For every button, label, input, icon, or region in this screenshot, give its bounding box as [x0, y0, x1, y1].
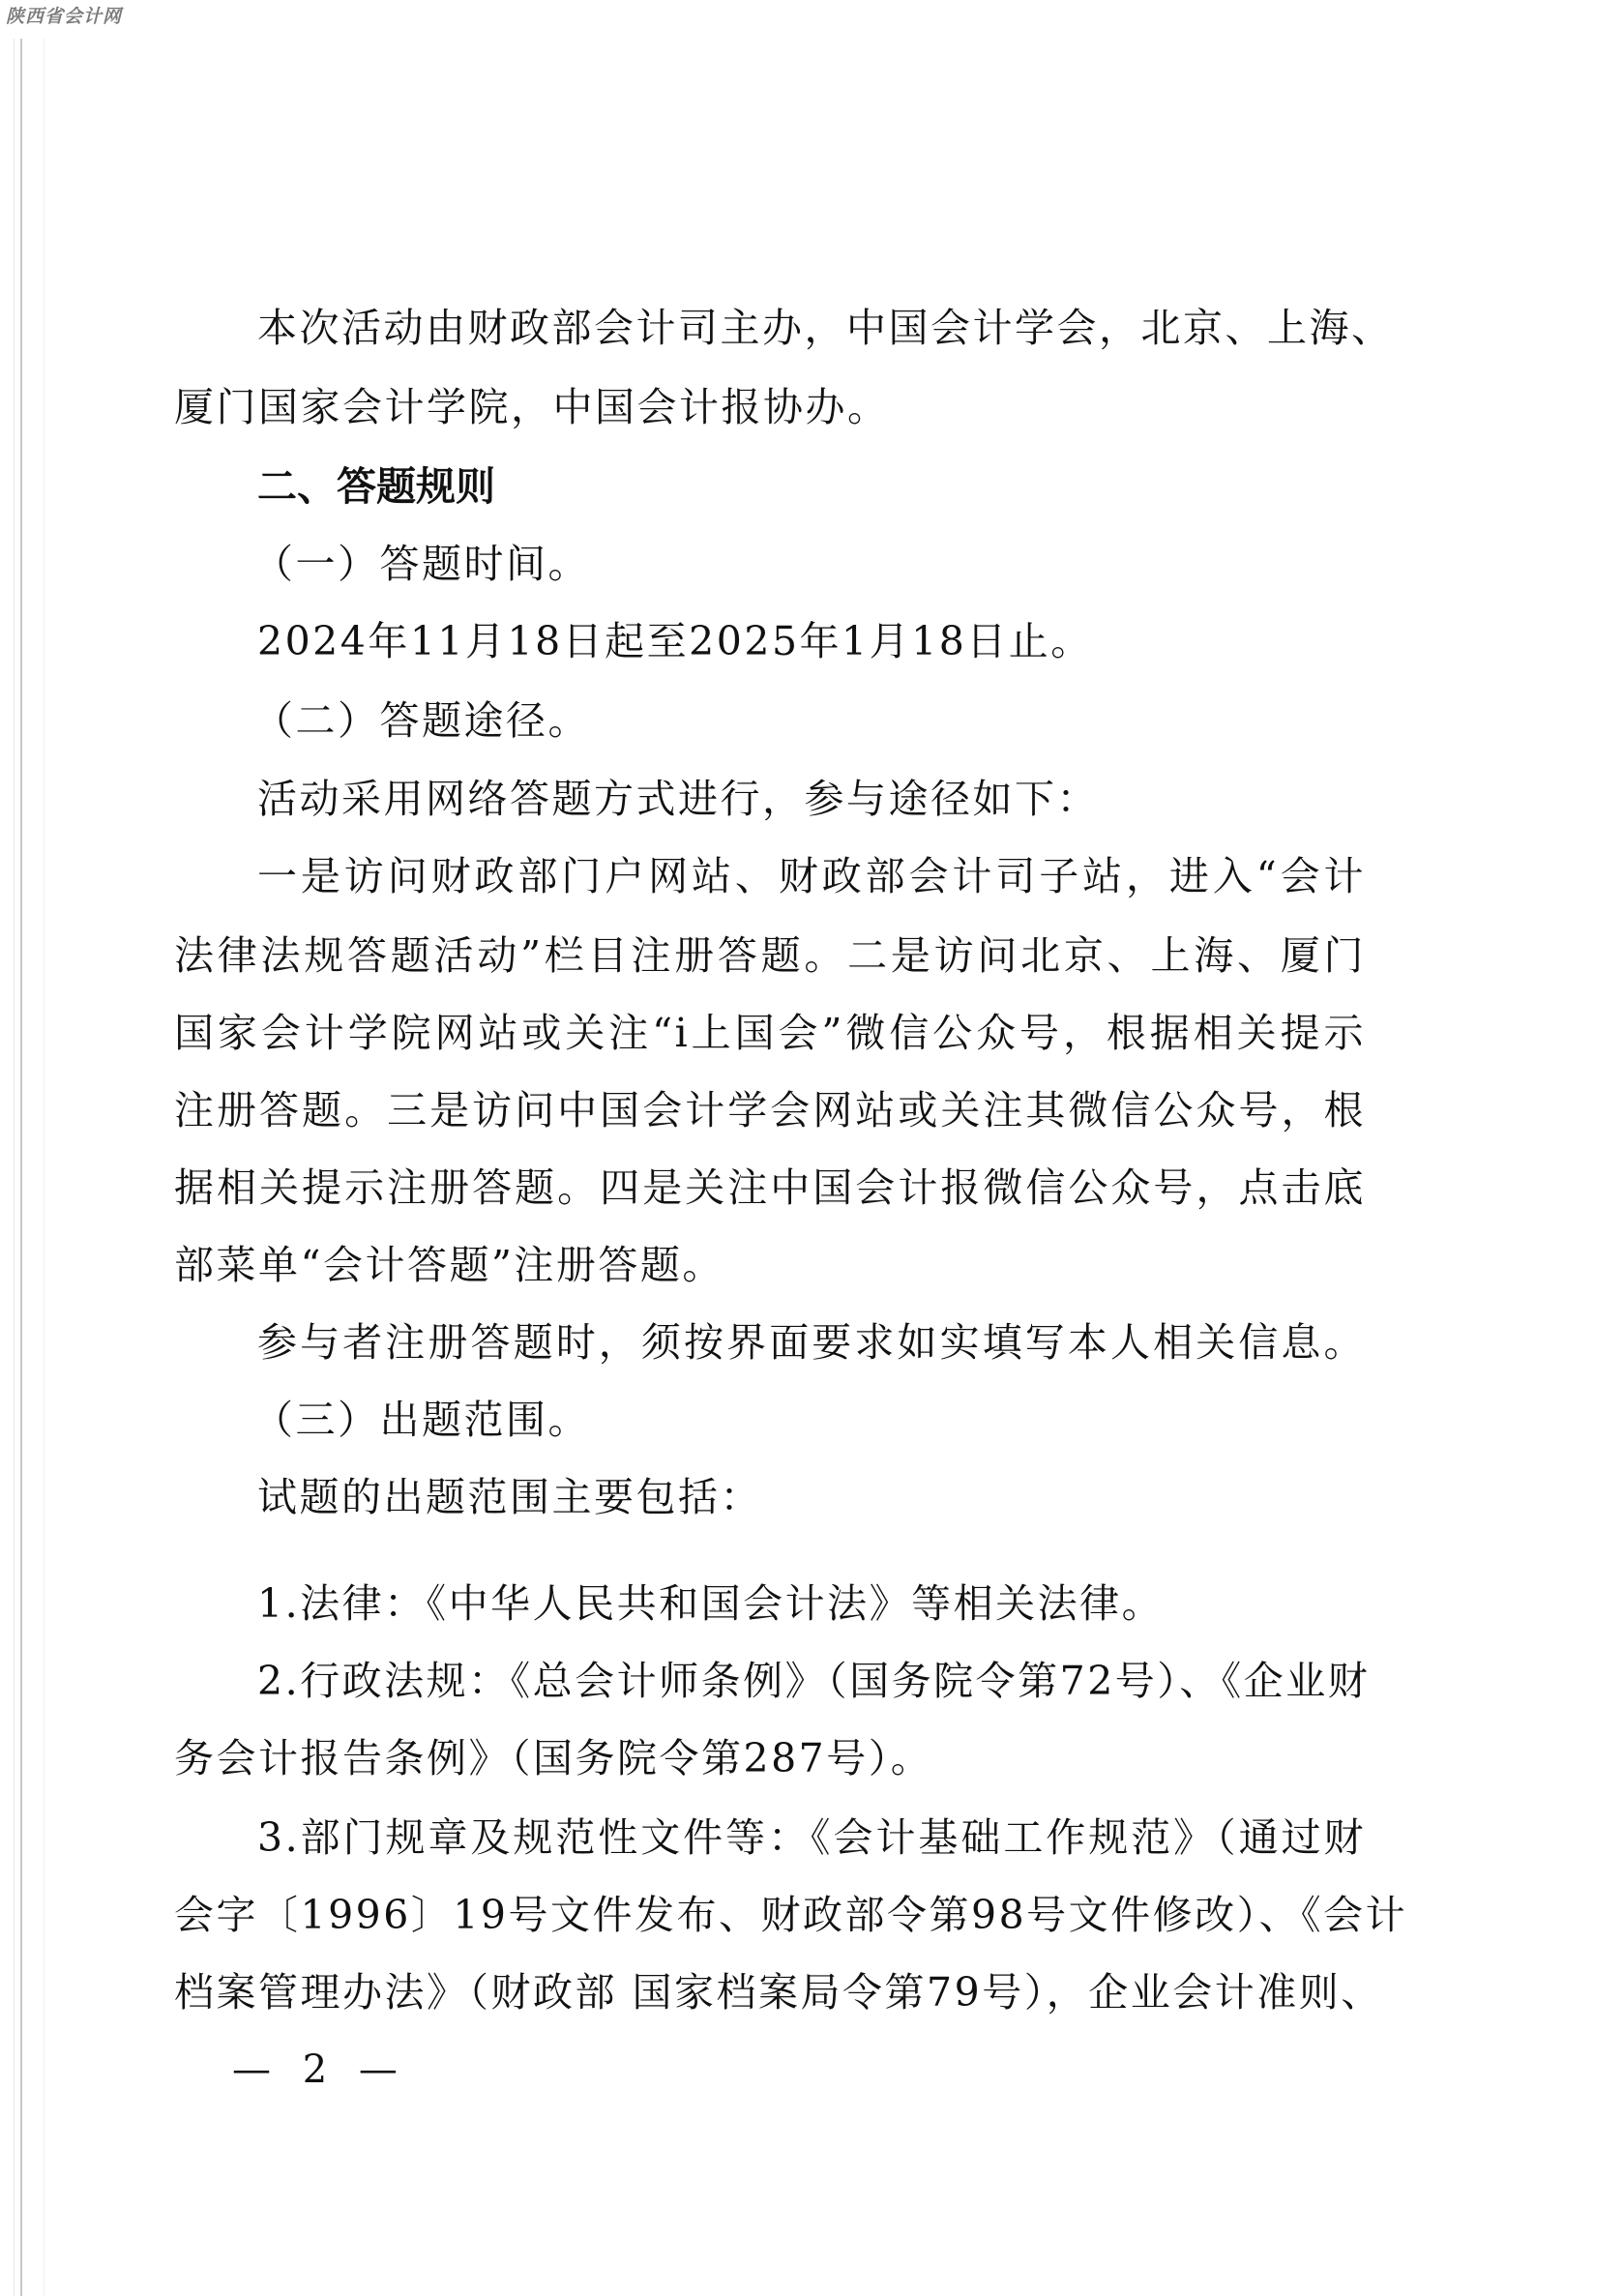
paragraph-line: 厦门国家会计学院，中国会计报协办。 [174, 378, 1366, 436]
subsection-heading: （三）出题范围。 [253, 1391, 1445, 1449]
paragraph-line: 法律法规答题活动”栏目注册答题。二是访问北京、上海、厦门 [174, 927, 1366, 985]
paragraph-line: 参与者注册答题时，须按界面要求如实填写本人相关信息。 [257, 1313, 1366, 1371]
page-number: — 2 — [232, 2046, 407, 2094]
paragraph-line: 据相关提示注册答题。四是关注中国会计报微信公众号，点击底 [174, 1159, 1366, 1217]
subsection-heading: （二）答题途径。 [253, 692, 1445, 750]
paragraph-line: 试题的出题范围主要包括： [257, 1468, 1366, 1526]
paragraph-line: 部菜单“会计答题”注册答题。 [174, 1236, 1366, 1294]
paragraph-line: 活动采用网络答题方式进行，参与途径如下： [257, 770, 1366, 828]
list-item-line: 2.行政法规：《总会计师条例》（国务院令第72号）、《企业财 [257, 1652, 1366, 1710]
subsection-heading: （一）答题时间。 [253, 535, 1445, 593]
paragraph-line: 国家会计学院网站或关注“i上国会”微信公众号，根据相关提示 [174, 1004, 1366, 1062]
document-page: 本次活动由财政部会计司主办，中国会计学会，北京、上海、 厦门国家会计学院，中国会… [0, 0, 1624, 2296]
paragraph-line: 一是访问财政部门户网站、财政部会计司子站，进入“会计 [257, 847, 1366, 905]
list-item-line: 务会计报告条例》（国务院令第287号）。 [174, 1729, 1366, 1787]
paragraph-line: 2024年11月18日起至2025年1月18日止。 [257, 612, 1366, 670]
paragraph-line: 注册答题。三是访问中国会计学会网站或关注其微信公众号，根 [174, 1081, 1366, 1139]
section-heading: 二、答题规则 [257, 457, 1366, 515]
list-item-line: 3.部门规章及规范性文件等：《会计基础工作规范》（通过财 [257, 1809, 1366, 1867]
paragraph-line: 本次活动由财政部会计司主办，中国会计学会，北京、上海、 [257, 299, 1366, 357]
list-item-line: 会字〔1996〕19号文件发布、财政部令第98号文件修改）、《会计 [174, 1886, 1366, 1944]
list-item-line: 档案管理办法》（财政部 国家档案局令第79号），企业会计准则、 [174, 1963, 1366, 2021]
list-item-line: 1.法律：《中华人民共和国会计法》等相关法律。 [257, 1575, 1366, 1633]
